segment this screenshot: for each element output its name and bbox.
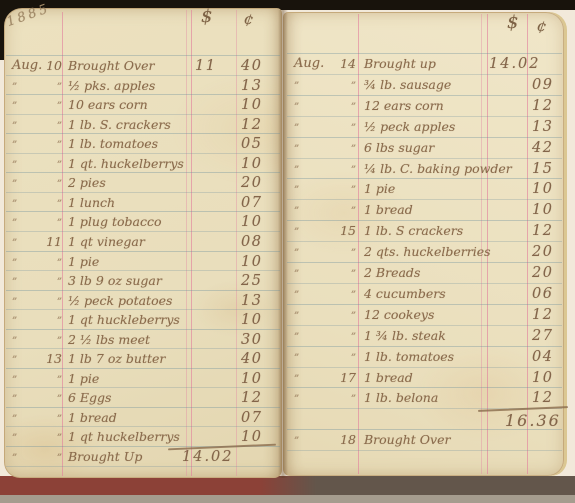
day-cell: ” [338, 165, 356, 176]
month-cell: ” [294, 165, 299, 176]
ledger-row: ”151 lb. S crackers12 [0, 223, 575, 243]
month-cell: ” [294, 269, 299, 280]
year-label: 1885 [5, 1, 53, 30]
item-cell: Brought up [364, 56, 436, 71]
month-cell: ” [294, 206, 299, 217]
ledger-row: ””12 cookeys12 [0, 307, 575, 327]
day-cell: ” [338, 290, 356, 301]
cents-cell: 04 [532, 349, 553, 365]
month-cell: ” [294, 374, 299, 385]
cents-cell: 42 [532, 140, 553, 156]
right-dollar-sign: $ [507, 12, 518, 33]
item-cell: 1 lb. tomatoes [364, 349, 454, 364]
cents-cell: 12 [532, 307, 553, 323]
month-cell: ” [294, 436, 299, 447]
ledger-row: ””12 ears corn12 [0, 98, 575, 118]
cents-cell: 20 [532, 265, 553, 281]
amount-cell: 14.02 [489, 56, 541, 72]
day-cell: ” [338, 81, 356, 92]
ledger-row: ””4 cucumbers06 [0, 286, 575, 306]
cents-cell: 12 [532, 390, 553, 406]
ledger-row: ””1 pie10 [0, 181, 575, 201]
month-cell: ” [294, 81, 299, 92]
month-cell: ” [294, 144, 299, 155]
cents-cell: 10 [532, 370, 553, 386]
day-cell: ” [338, 332, 356, 343]
item-cell: 12 cookeys [364, 307, 434, 322]
day-cell: 14 [338, 56, 356, 71]
ledger-row: ””¼ lb. C. baking powder15 [0, 161, 575, 181]
cents-cell: 06 [532, 286, 553, 302]
month-cell: ” [294, 394, 299, 405]
ledger-row: ””¾ lb. sausage09 [0, 77, 575, 97]
ledger-row: ””1 bread10 [0, 202, 575, 222]
item-cell: 1 bread [364, 370, 413, 385]
month-cell: Aug. [294, 56, 324, 71]
left-dollar-sign: $ [201, 6, 212, 27]
right-cent-sign: ¢ [536, 16, 548, 35]
day-cell: ” [338, 206, 356, 217]
left-cent-sign: ¢ [243, 9, 255, 28]
ledger-row: ””1 ¾ lb. steak27 [0, 328, 575, 348]
day-cell: ” [338, 269, 356, 280]
month-cell: ” [294, 248, 299, 259]
cents-cell: 10 [532, 202, 553, 218]
item-cell: 1 pie [364, 181, 395, 196]
ledger-row: Aug.14Brought up14.02 [0, 56, 575, 76]
item-cell: Brought Over [364, 432, 450, 447]
day-cell: ” [338, 123, 356, 134]
item-cell: 1 ¾ lb. steak [364, 328, 446, 343]
ledger-row: ””2 Breads20 [0, 265, 575, 285]
month-cell: ” [294, 332, 299, 343]
month-cell: ” [294, 353, 299, 364]
day-cell: ” [338, 311, 356, 322]
month-cell: ” [294, 227, 299, 238]
ledger-row: ”171 bread10 [0, 370, 575, 390]
ledger-row: ”18Brought Over [0, 432, 575, 452]
day-cell: ” [338, 185, 356, 196]
day-cell: ” [338, 248, 356, 259]
item-cell: 6 lbs sugar [364, 140, 434, 155]
month-cell: ” [294, 311, 299, 322]
handwriting-layer: 1885 $ ¢ $ ¢ Aug.10Brought Over1140””½ p… [0, 0, 575, 503]
ledger-row: ””2 qts. huckelberries20 [0, 244, 575, 264]
cents-cell: 12 [532, 98, 553, 114]
month-cell: ” [294, 185, 299, 196]
month-cell: ” [12, 453, 17, 464]
item-cell: 1 lb. S crackers [364, 223, 463, 238]
cents-cell: 15 [532, 161, 553, 177]
cents-cell: 20 [532, 244, 553, 260]
item-cell: 12 ears corn [364, 98, 444, 113]
item-cell: 1 bread [364, 202, 413, 217]
day-cell: ” [338, 144, 356, 155]
ledger-row: ””1 lb. tomatoes04 [0, 349, 575, 369]
cents-cell: 13 [532, 119, 553, 135]
item-cell: ½ peck apples [364, 119, 455, 134]
ledger-photo: 1885 $ ¢ $ ¢ Aug.10Brought Over1140””½ p… [0, 0, 575, 503]
day-cell: 15 [338, 223, 356, 238]
item-cell: ¾ lb. sausage [364, 77, 451, 92]
cents-cell: 10 [532, 181, 553, 197]
cents-cell: 27 [532, 328, 553, 344]
amount-cell: 16.36 [505, 411, 561, 430]
ledger-row: 16.36 [0, 411, 575, 431]
item-cell: ¼ lb. C. baking powder [364, 161, 512, 176]
month-cell: ” [294, 123, 299, 134]
day-cell: ” [338, 353, 356, 364]
day-cell: ” [44, 453, 62, 464]
ledger-row: ””1 lb. belona12 [0, 390, 575, 410]
ledger-row: ””6 lbs sugar42 [0, 140, 575, 160]
cents-cell: 09 [532, 77, 553, 93]
cents-cell: 12 [532, 223, 553, 239]
day-cell: ” [338, 394, 356, 405]
day-cell: ” [338, 102, 356, 113]
item-cell: 2 qts. huckelberries [364, 244, 491, 259]
day-cell: 18 [338, 432, 356, 447]
item-cell: 1 lb. belona [364, 390, 438, 405]
month-cell: ” [294, 102, 299, 113]
day-cell: 17 [338, 370, 356, 385]
ledger-row: ””½ peck apples13 [0, 119, 575, 139]
item-cell: 2 Breads [364, 265, 420, 280]
month-cell: ” [294, 290, 299, 301]
item-cell: 4 cucumbers [364, 286, 446, 301]
